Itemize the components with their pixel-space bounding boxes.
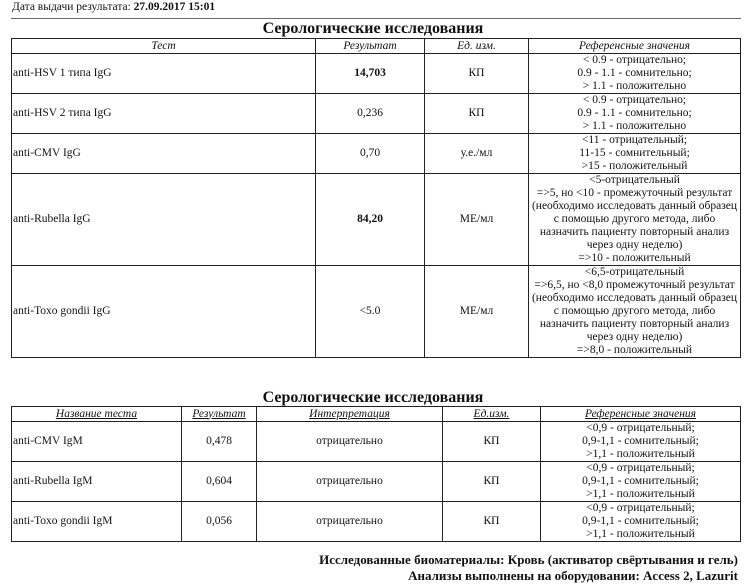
reference-line: 0,9-1,1 - сомнительный; (543, 475, 738, 488)
reference-values: <0,9 - отрицательный;0,9-1,1 - сомнитель… (541, 462, 741, 502)
reference-line: 0,9-1,1 - сомнительный; (543, 435, 738, 448)
test-name: anti-CMV IgG (12, 134, 316, 174)
reference-line: >1,1 - положительный (543, 448, 738, 461)
column-header-result: Результат (316, 39, 425, 54)
test-result: 0,70 (316, 134, 425, 174)
table-row: anti-HSV 2 типа IgG0,236КП< 0.9 - отрица… (12, 94, 741, 134)
section-title-igm: Серологические исследования (0, 389, 746, 407)
reference-line: <0,9 - отрицательный; (543, 462, 738, 475)
reference-line: =>8,0 - положительный (531, 344, 738, 357)
test-unit: КП (425, 54, 529, 94)
reference-line: < 0.9 - отрицательно; (531, 94, 738, 107)
test-result: 0,604 (182, 462, 257, 502)
test-unit: у.е./мл (425, 134, 529, 174)
biomaterials-note: Исследованные биоматериалы: Кровь (актив… (319, 552, 738, 568)
reference-line: <11 - отрицательный; (531, 134, 738, 147)
table-row: anti-HSV 1 типа IgG14,703КП< 0.9 - отриц… (12, 54, 741, 94)
reference-line: с помощью другого метода, либо (531, 213, 738, 226)
test-unit: КП (425, 94, 529, 134)
test-name: anti-HSV 1 типа IgG (12, 54, 316, 94)
test-interpretation: отрицательно (257, 502, 443, 542)
reference-line: > 1.1 - положительно (531, 80, 738, 93)
reference-line: 0.9 - 1.1 - сомнительно; (531, 107, 738, 120)
test-name: anti-HSV 2 типа IgG (12, 94, 316, 134)
reference-line: <0,9 - отрицательный; (543, 502, 738, 515)
test-unit: КП (443, 422, 541, 462)
test-interpretation: отрицательно (257, 422, 443, 462)
test-name: anti-Rubella IgM (12, 462, 182, 502)
table-header-row: Тест Результат Ед. изм. Референсные знач… (12, 39, 741, 54)
test-name: anti-Toxo gondii IgG (12, 266, 316, 358)
issue-date: Дата выдачи результата: 27.09.2017 15:01 (12, 0, 215, 14)
table-row: anti-CMV IgM0,478отрицательноКП<0,9 - от… (12, 422, 741, 462)
reference-line: >1,1 - положительный (543, 488, 738, 501)
test-result: 0,056 (182, 502, 257, 542)
test-unit: КП (443, 462, 541, 502)
reference-line: 0,9-1,1 - сомнительный; (543, 515, 738, 528)
column-header-interpretation: Интерпретация (257, 407, 443, 422)
column-header-unit: Ед. изм. (425, 39, 529, 54)
reference-values: <0,9 - отрицательный;0,9-1,1 - сомнитель… (541, 422, 741, 462)
reference-line: назначить пациенту повторный анализ (531, 226, 738, 239)
reference-line: =>10 - положительный (531, 252, 738, 265)
test-name: anti-Rubella IgG (12, 174, 316, 266)
table-row: anti-CMV IgG0,70у.е./мл<11 - отрицательн… (12, 134, 741, 174)
section-title-igg: Серологические исследования (0, 20, 746, 38)
reference-values: < 0.9 - отрицательно;0.9 - 1.1 - сомните… (529, 54, 741, 94)
reference-line: =>6,5, но <8,0 промежуточный результат (531, 279, 738, 292)
column-header-reference: Референсные значения (541, 407, 741, 422)
test-result: 0,478 (182, 422, 257, 462)
issue-date-label: Дата выдачи результата: (12, 1, 131, 13)
reference-line: <6,5-отрицательный (531, 266, 738, 279)
reference-values: < 0.9 - отрицательно;0.9 - 1.1 - сомните… (529, 94, 741, 134)
table-row: anti-Toxo gondii IgG<5.0МЕ/мл<6,5-отрица… (12, 266, 741, 358)
column-header-reference: Референсные значения (529, 39, 741, 54)
issue-date-value: 27.09.2017 15:01 (134, 1, 215, 13)
column-header-unit: Ед.изм. (443, 407, 541, 422)
test-name: anti-CMV IgM (12, 422, 182, 462)
test-result: 0,236 (316, 94, 425, 134)
reference-line: 11-15 - сомнительный; (531, 147, 738, 160)
column-header-test: Тест (12, 39, 316, 54)
test-unit: МЕ/мл (425, 174, 529, 266)
table-row: anti-Rubella IgM0,604отрицательноКП<0,9 … (12, 462, 741, 502)
table-header-row: Название теста Результат Интерпретация Е… (12, 407, 741, 422)
reference-values: <11 - отрицательный;11-15 - сомнительный… (529, 134, 741, 174)
igm-results-table: Название теста Результат Интерпретация Е… (11, 406, 741, 542)
reference-values: <5-отрицательный=>5, но <10 - промежуточ… (529, 174, 741, 266)
reference-line: (необходимо исследовать данный образец (531, 292, 738, 305)
reference-line: >15 - положительный (531, 160, 738, 173)
test-result: 14,703 (316, 54, 425, 94)
reference-line: >1,1 - положительный (543, 528, 738, 541)
reference-line: (необходимо исследовать данный образец (531, 200, 738, 213)
equipment-note: Анализы выполнены на оборудовании: Acces… (408, 568, 738, 584)
reference-values: <6,5-отрицательный=>6,5, но <8,0 промежу… (529, 266, 741, 358)
test-result: <5.0 (316, 266, 425, 358)
test-unit: КП (443, 502, 541, 542)
reference-line: <5-отрицательный (531, 174, 738, 187)
table-row: anti-Rubella IgG84,20МЕ/мл<5-отрицательн… (12, 174, 741, 266)
test-unit: МЕ/мл (425, 266, 529, 358)
reference-values: <0,9 - отрицательный;0,9-1,1 - сомнитель… (541, 502, 741, 542)
igg-results-table: Тест Результат Ед. изм. Референсные знач… (11, 38, 741, 358)
reference-line: через одну неделю) (531, 239, 738, 252)
header-divider (11, 18, 741, 19)
reference-line: назначить пациенту повторный анализ (531, 318, 738, 331)
reference-line: =>5, но <10 - промежуточный результат (531, 187, 738, 200)
table-row: anti-Toxo gondii IgM0,056отрицательноКП<… (12, 502, 741, 542)
test-name: anti-Toxo gondii IgM (12, 502, 182, 542)
reference-line: < 0.9 - отрицательно; (531, 54, 738, 67)
reference-line: с помощью другого метода, либо (531, 305, 738, 318)
column-header-test-name: Название теста (12, 407, 182, 422)
test-interpretation: отрицательно (257, 462, 443, 502)
column-header-result: Результат (182, 407, 257, 422)
reference-line: > 1.1 - положительно (531, 120, 738, 133)
reference-line: через одну неделю) (531, 331, 738, 344)
test-result: 84,20 (316, 174, 425, 266)
reference-line: 0.9 - 1.1 - сомнительно; (531, 67, 738, 80)
reference-line: <0,9 - отрицательный; (543, 422, 738, 435)
